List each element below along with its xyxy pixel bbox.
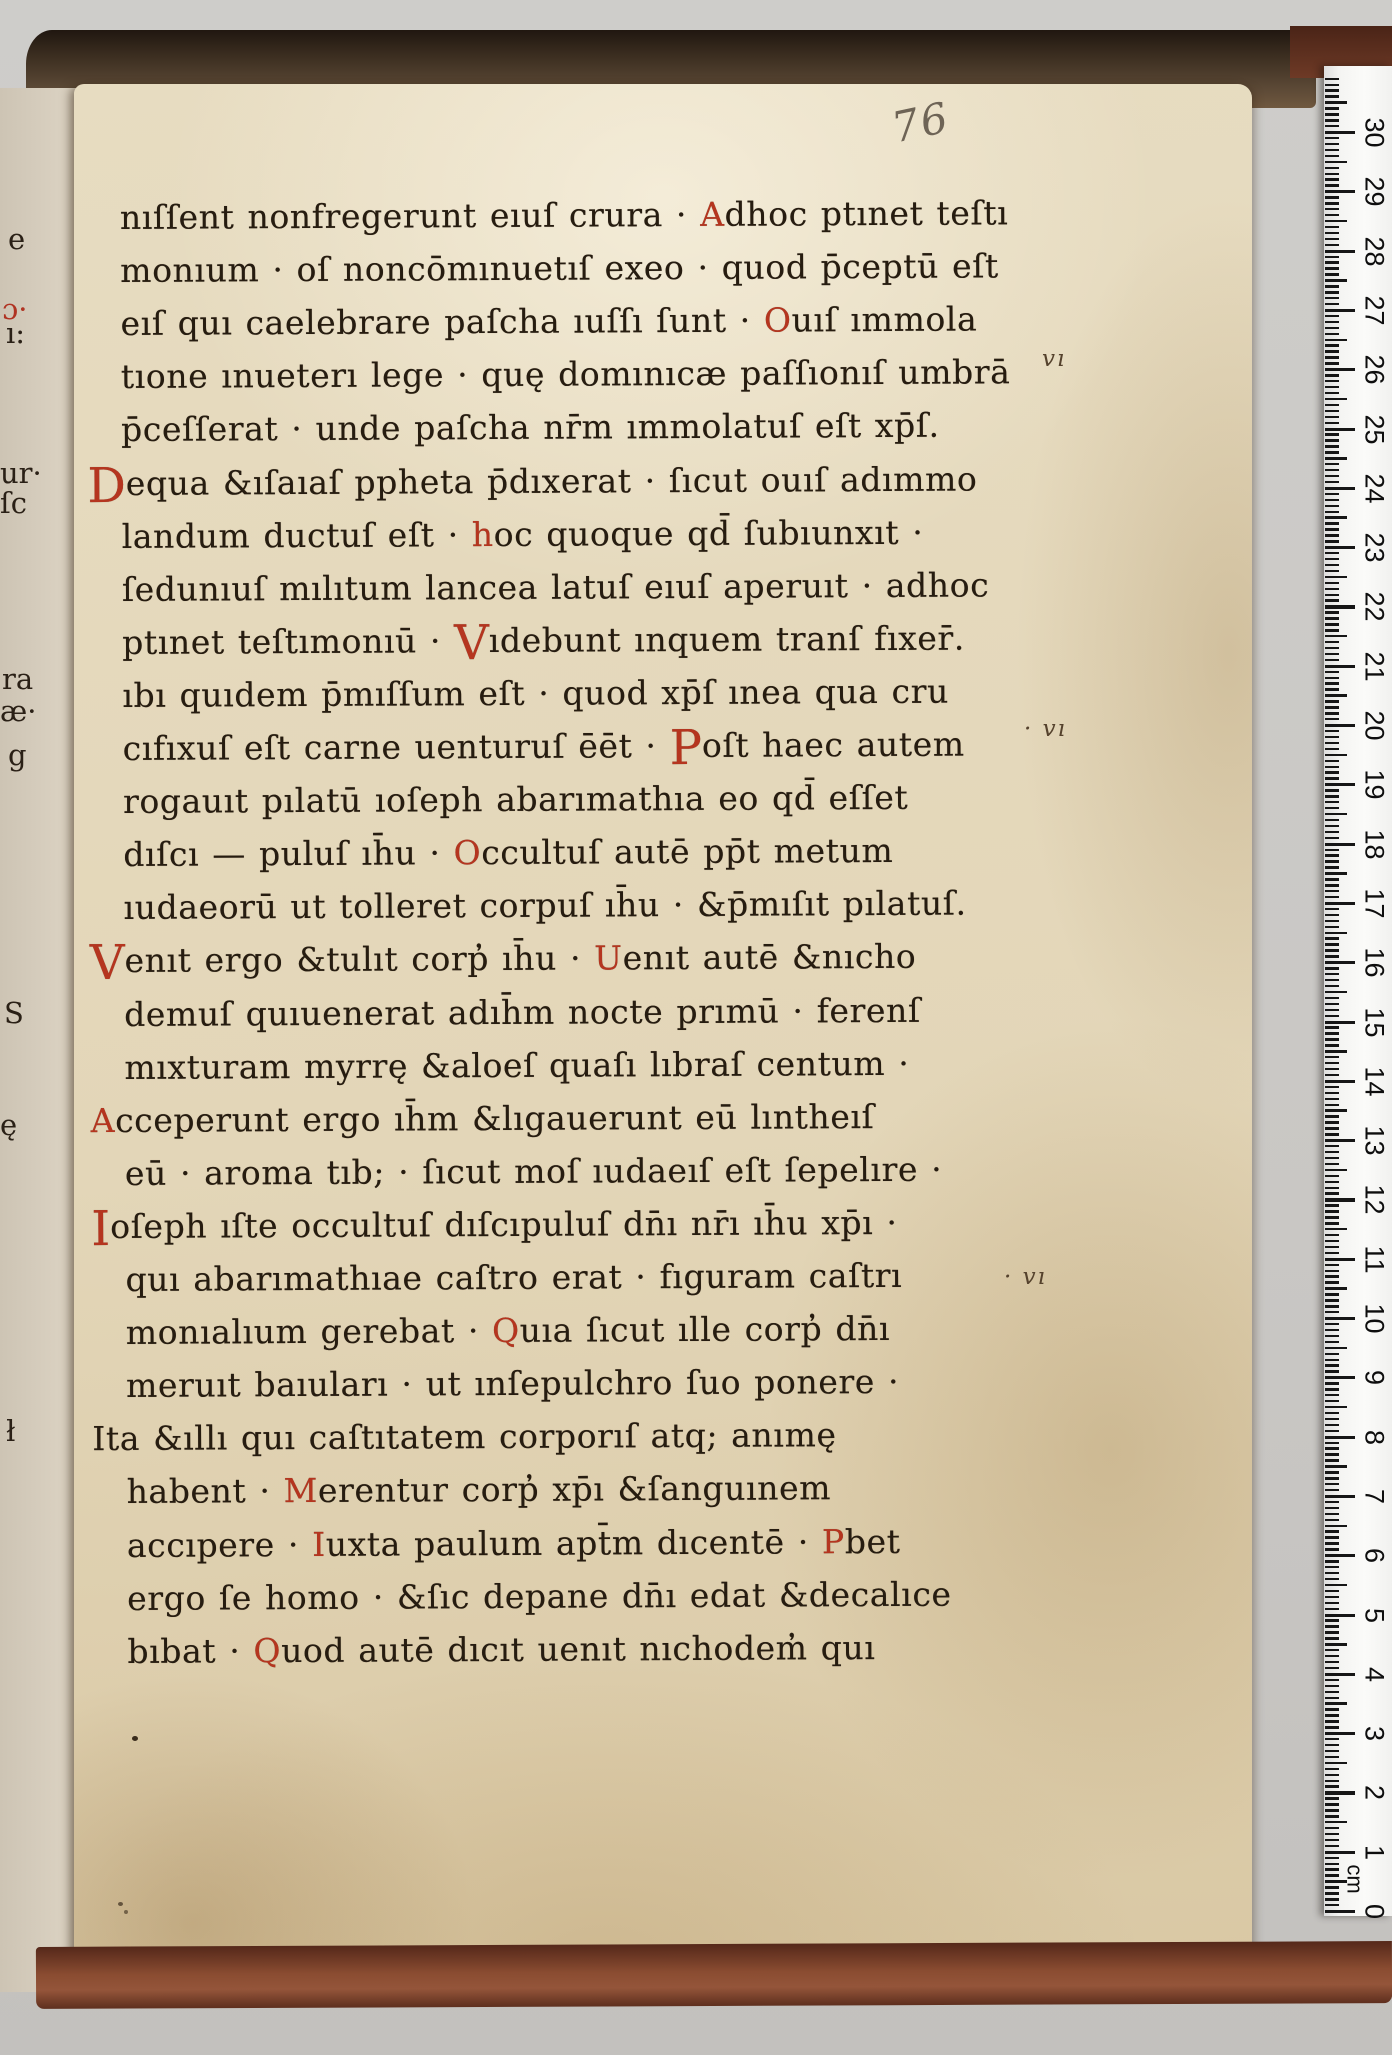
margin-note: · vı — [1024, 716, 1067, 742]
ruler-tick — [1325, 327, 1339, 329]
ruler-tick — [1325, 1655, 1339, 1657]
ruler-number: 9 — [1359, 1358, 1390, 1398]
ruler-tick — [1325, 629, 1339, 631]
rubricated-initial: A — [91, 1101, 116, 1140]
ruler-tick — [1325, 647, 1339, 649]
manuscript-text: nıſſent nonfregerunt eıuſ crura · — [120, 195, 700, 237]
ruler-tick — [1325, 1619, 1339, 1621]
ruler-tick — [1325, 1631, 1339, 1633]
rubricated-initial: V — [454, 615, 489, 671]
ruler-tick — [1325, 1738, 1339, 1740]
ruler-tick — [1325, 949, 1339, 951]
ruler-tick — [1325, 149, 1339, 151]
ruler-tick — [1325, 1673, 1355, 1676]
ruler-tick — [1325, 119, 1339, 121]
ruler-tick — [1325, 1234, 1339, 1236]
rubricated-initial: D — [87, 457, 126, 513]
manuscript-text: ccultuſ autē pp̄t metum — [481, 831, 893, 872]
ruler-tick — [1325, 232, 1339, 234]
ruler-tick — [1325, 516, 1347, 518]
ruler-tick — [1325, 1489, 1339, 1491]
ruler-number: 10 — [1359, 1299, 1390, 1339]
ruler-tick — [1325, 1495, 1355, 1498]
ruler-tick — [1325, 487, 1355, 490]
ruler-tick — [1325, 1418, 1339, 1420]
manuscript-text: ptınet teſtımonıū · — [122, 621, 454, 662]
ruler-tick — [1325, 1424, 1339, 1426]
rubricated-initial: I — [312, 1524, 326, 1563]
ruler-tick — [1325, 1821, 1347, 1823]
facing-folio-fragment: ur· — [0, 456, 42, 490]
ruler-number: 11 — [1359, 1239, 1390, 1279]
ruler-tick — [1325, 1649, 1339, 1651]
ruler-tick — [1325, 677, 1339, 679]
ruler-tick — [1325, 433, 1339, 435]
ruler-tick — [1325, 979, 1339, 981]
ruler-tick — [1325, 1874, 1339, 1876]
ruler-tick — [1325, 890, 1339, 892]
ruler-tick — [1325, 1270, 1339, 1272]
manuscript-text: monıalıum gerebat · — [126, 1311, 492, 1352]
manuscript-line: accıpere · Iuxta paulum apt̄m dıcentē · … — [127, 1518, 901, 1568]
ruler-tick — [1325, 208, 1339, 210]
ruler-tick — [1325, 1092, 1339, 1094]
ruler-tick — [1325, 1477, 1339, 1479]
ruler-tick — [1325, 1898, 1339, 1900]
ruler-tick — [1325, 1216, 1339, 1218]
ruler-tick — [1325, 1809, 1339, 1811]
ruler-number: 24 — [1359, 468, 1390, 508]
ruler-tick — [1325, 1198, 1355, 1201]
ruler-tick — [1325, 694, 1347, 696]
ruler-tick — [1325, 1459, 1339, 1461]
ruler-tick — [1325, 813, 1347, 815]
ruler-tick — [1325, 1240, 1339, 1242]
photograph-of-manuscript: eɔ·ı:ur·ſcraæ·gSęł 76 nıſſent nonfregeru… — [0, 0, 1392, 2055]
ruler-tick — [1325, 635, 1347, 637]
manuscript-text: erentur corp̓ xp̄ı &ſanguınem — [318, 1469, 831, 1511]
ruler-tick — [1325, 1127, 1339, 1129]
ruler-tick — [1325, 374, 1339, 376]
manuscript-text: Ita &ıllı quı caſtıtatem corporıſ atq; a… — [92, 1416, 836, 1459]
ruler-tick — [1325, 499, 1339, 501]
ruler-tick — [1325, 398, 1347, 400]
ruler-tick — [1325, 1886, 1339, 1888]
manuscript-text: eıſ quı caelebrare paſcha ıuſſı ſunt · — [120, 301, 764, 343]
ruler-tick — [1325, 321, 1339, 323]
ruler-tick — [1325, 1151, 1339, 1153]
rubricated-initial: Q — [492, 1311, 520, 1350]
ruler-tick — [1325, 1566, 1339, 1568]
ruler-tick — [1325, 238, 1339, 240]
ruler-tick — [1325, 173, 1339, 175]
ruler-tick — [1325, 1578, 1339, 1580]
ruler-tick — [1325, 220, 1347, 222]
ruler-tick — [1325, 1204, 1339, 1206]
facing-folio-fragment: ę — [0, 1108, 17, 1142]
manuscript-line: tıone ınueterı lege · quę domınıcæ paſſı… — [121, 350, 1011, 401]
ruler-tick — [1325, 991, 1347, 993]
ruler-tick — [1325, 1471, 1339, 1473]
book-fore-edge-leaves — [1244, 82, 1326, 1934]
ruler-number: 8 — [1359, 1417, 1390, 1457]
ruler-tick — [1325, 1774, 1339, 1776]
ruler-tick — [1325, 1685, 1339, 1687]
ruler-tick — [1325, 137, 1339, 139]
ruler-tick — [1325, 1181, 1339, 1183]
manuscript-line: dıſcı — puluſ ıh̄u · Occultuſ autē pp̄t … — [123, 828, 893, 878]
ruler-tick — [1325, 1050, 1347, 1052]
ruler-tick — [1325, 84, 1339, 86]
ruler-tick — [1325, 932, 1347, 934]
manuscript-text: equa &ıſaıaſ ppheta p̄dıxerat · ſıcut ou… — [126, 459, 978, 502]
manuscript-text: cıfıxuſ eſt carne uenturuſ ēēt · — [123, 726, 670, 768]
ruler-tick — [1325, 1548, 1339, 1550]
ruler-tick — [1325, 404, 1339, 406]
ruler-tick — [1325, 1080, 1355, 1083]
ruler-tick — [1325, 1347, 1347, 1349]
ruler-tick — [1325, 1044, 1339, 1046]
ruler-tick — [1325, 1341, 1339, 1343]
ruler-tick — [1325, 196, 1339, 198]
ruler-tick — [1325, 309, 1355, 312]
facing-folio-fragment: g — [8, 738, 27, 772]
facing-folio-fragment: ı: — [6, 316, 25, 350]
ruler-number: 21 — [1359, 646, 1390, 686]
manuscript-page: 76 nıſſent nonfregerunt eıuſ crura · Adh… — [74, 84, 1252, 1980]
ruler-number: 15 — [1359, 1002, 1390, 1042]
margin-note: · vı — [1004, 1264, 1047, 1290]
ruler-tick — [1325, 1109, 1347, 1111]
ruler-number: 18 — [1359, 824, 1390, 864]
ruler-tick — [1325, 777, 1339, 779]
manuscript-text: cceperunt ergo ıh̄m &lıgauerunt eū lınth… — [115, 1097, 875, 1140]
ruler-number: 2 — [1359, 1773, 1390, 1813]
ruler-tick — [1325, 1501, 1339, 1503]
ruler-tick — [1325, 872, 1347, 874]
manuscript-text: meruıt baıuları · ut ınſepulchro ſuo pon… — [126, 1362, 899, 1405]
ruler-number: 27 — [1359, 290, 1390, 330]
manuscript-line: ıudaeorū ut tolleret corpuſ ıh̄u · &p̄mı… — [123, 881, 966, 931]
ruler-tick — [1325, 623, 1339, 625]
ruler-tick — [1325, 860, 1339, 862]
ruler-tick — [1325, 570, 1339, 572]
ruler-tick — [1325, 1714, 1339, 1716]
ruler-tick — [1325, 712, 1339, 714]
ruler-tick — [1325, 178, 1339, 180]
ruler-tick — [1325, 825, 1339, 827]
ruler-tick — [1325, 362, 1339, 364]
ruler-tick — [1325, 1222, 1339, 1224]
ruler-tick — [1325, 457, 1347, 459]
ruler-tick — [1325, 1815, 1339, 1817]
ruler-number: 13 — [1359, 1121, 1390, 1161]
ruler-tick — [1325, 1530, 1339, 1532]
facing-folio-fragment: S — [4, 996, 24, 1030]
ruler-tick — [1325, 303, 1339, 305]
manuscript-line: monıum · oſ noncōmınuetıſ exeo · quod p̄… — [120, 243, 999, 294]
ruler-tick — [1325, 682, 1339, 684]
rubricated-initial: P — [822, 1522, 845, 1561]
ruler-tick — [1325, 368, 1355, 371]
ruler-tick — [1325, 1892, 1339, 1894]
manuscript-text: ıbı quıdem p̄mıſſum eſt · quod xp̄ſ ınea… — [122, 672, 949, 715]
ruler-tick — [1325, 1359, 1339, 1361]
rubricated-initial: Q — [253, 1631, 281, 1670]
ruler-tick — [1325, 463, 1339, 465]
ruler-tick — [1325, 896, 1339, 898]
ruler-tick — [1325, 279, 1347, 281]
ruler-tick — [1325, 333, 1339, 335]
ruler-tick — [1325, 837, 1339, 839]
ruler-tick — [1325, 1507, 1339, 1509]
ruler-tick — [1325, 611, 1339, 613]
ruler-tick — [1325, 1750, 1339, 1752]
ruler-tick — [1325, 1062, 1339, 1064]
ruler-tick — [1325, 908, 1339, 910]
ruler-number: 3 — [1359, 1714, 1390, 1754]
ruler-number: 20 — [1359, 706, 1390, 746]
ruler-tick — [1325, 1596, 1339, 1598]
manuscript-text: landum ductuſ eſt · — [122, 515, 472, 556]
manuscript-text: uxta paulum apt̄m dıcentē · — [326, 1522, 822, 1564]
ruler-tick — [1325, 546, 1355, 549]
manuscript-text-block: nıſſent nonfregerunt eıuſ crura · Adhoc … — [73, 78, 1261, 1980]
ruler-tick — [1325, 95, 1339, 97]
ruler-tick — [1325, 1839, 1339, 1841]
ruler-tick — [1325, 884, 1339, 886]
ruler-tick — [1325, 125, 1339, 127]
ruler-number: 17 — [1359, 883, 1390, 923]
ruler-number: 6 — [1359, 1536, 1390, 1576]
manuscript-line: meruıt baıuları · ut ınſepulchro ſuo pon… — [126, 1359, 899, 1409]
ruler-tick — [1325, 1293, 1339, 1295]
ruler-tick — [1325, 339, 1347, 341]
ruler-tick — [1325, 78, 1339, 80]
ruler-number: 26 — [1359, 350, 1390, 390]
manuscript-text: p̄ceſſerat · unde paſcha nr̄m ımmolatuſ … — [121, 406, 940, 449]
ruler-tick — [1325, 641, 1339, 643]
manuscript-line: mıxturam myrrę &aloeſ quaſı lıbraſ centu… — [124, 1040, 909, 1090]
manuscript-line: bıbat · Quod autē dıcıt uenıt nıchodem̓ … — [127, 1625, 875, 1675]
ruler-tick — [1325, 558, 1339, 560]
ruler-number: 12 — [1359, 1180, 1390, 1220]
ruler-tick — [1325, 505, 1339, 507]
facing-folio-fragment: æ· — [0, 694, 36, 728]
ruler-tick — [1325, 1430, 1339, 1432]
ruler-tick — [1325, 783, 1355, 786]
ruler-tick — [1325, 1068, 1339, 1070]
manuscript-line: ſedunıuſ mılıtum lancea latuſ eıuſ aperu… — [122, 562, 990, 613]
ruler-tick — [1325, 1032, 1339, 1034]
ruler-tick — [1325, 985, 1339, 987]
manuscript-text: dhoc ptınet teſtı — [725, 193, 1009, 233]
ruler-tick — [1325, 1026, 1339, 1028]
ruler-tick — [1325, 1009, 1339, 1011]
ruler-tick — [1325, 665, 1355, 668]
ruler-tick — [1325, 1382, 1339, 1384]
manuscript-text: ſedunıuſ mılıtum lancea latuſ eıuſ aperu… — [122, 565, 990, 609]
ruler-tick — [1325, 1679, 1339, 1681]
manuscript-text: bet — [845, 1521, 901, 1560]
ruler-tick — [1325, 1661, 1339, 1663]
ruler-tick — [1325, 1133, 1339, 1135]
ruler-tick — [1325, 534, 1339, 536]
manuscript-line: quı abarımathıae caſtro erat · fıguram c… — [125, 1253, 902, 1303]
manuscript-text: rogauıt pılatū ıoſeph abarımathıa eo qd̄… — [123, 778, 909, 821]
ruler-tick — [1325, 771, 1339, 773]
ruler-tick — [1325, 730, 1339, 732]
ruler-tick — [1325, 244, 1339, 246]
ruler-number: 28 — [1359, 231, 1390, 271]
ruler-tick — [1325, 736, 1339, 738]
ruler-tick — [1325, 386, 1339, 388]
ruler-tick — [1325, 1536, 1339, 1538]
measuring-ruler: cm 3029282726252423222120191817161514131… — [1324, 66, 1392, 1916]
ruler-tick — [1325, 1145, 1339, 1147]
ruler-tick — [1325, 866, 1339, 868]
ruler-tick — [1325, 1519, 1339, 1521]
ruler-number: 30 — [1359, 113, 1390, 153]
ruler-tick — [1325, 659, 1339, 661]
ruler-tick — [1325, 1643, 1347, 1645]
manuscript-text: oſeph ıſte occultuſ dıſcıpuluſ dn̄ı nr̄ı… — [110, 1203, 898, 1246]
ruler-tick — [1325, 724, 1355, 727]
ruler-tick — [1325, 1157, 1339, 1159]
ruler-tick — [1325, 955, 1339, 957]
ruler-tick — [1325, 475, 1339, 477]
ruler-tick — [1325, 937, 1339, 939]
ruler-tick — [1325, 1121, 1339, 1123]
ruler-tick — [1325, 843, 1355, 846]
ruler-tick — [1325, 1287, 1347, 1289]
ruler-tick — [1325, 356, 1339, 358]
ruler-tick — [1325, 748, 1339, 750]
ruler-tick — [1325, 1175, 1339, 1177]
ruler-tick — [1325, 439, 1339, 441]
ruler-tick — [1325, 1560, 1339, 1562]
ruler-tick — [1325, 422, 1339, 424]
manuscript-line: ıbı quıdem p̄mıſſum eſt · quod xp̄ſ ınea… — [122, 669, 949, 719]
manuscript-line: habent · Merentur corp̓ xp̄ı &ſanguınem — [127, 1466, 832, 1516]
ruler-tick — [1325, 1868, 1339, 1870]
ruler-tick — [1325, 1791, 1355, 1794]
ruler-number: 4 — [1359, 1654, 1390, 1694]
ruler-tick — [1325, 1394, 1339, 1396]
ink-speck — [124, 1910, 128, 1914]
ruler-tick — [1325, 594, 1339, 596]
ruler-tick — [1325, 131, 1355, 134]
ruler-tick — [1325, 1364, 1339, 1366]
ruler-tick — [1325, 1833, 1339, 1835]
ruler-tick — [1325, 1554, 1355, 1557]
ruler-tick — [1325, 273, 1339, 275]
facing-folio-fragment: e — [8, 222, 25, 256]
ruler-tick — [1325, 1465, 1347, 1467]
ruler-tick — [1325, 1602, 1339, 1604]
ruler-tick — [1325, 1447, 1339, 1449]
ruler-tick — [1325, 914, 1339, 916]
manuscript-line: Ioſeph ıſte occultuſ dıſcıpuluſ dn̄ı nr̄… — [91, 1200, 898, 1250]
ruler-number: 5 — [1359, 1595, 1390, 1635]
ruler-tick — [1325, 1827, 1339, 1829]
rubricated-initial: P — [670, 720, 703, 776]
ruler-tick — [1325, 285, 1339, 287]
ruler-tick — [1325, 410, 1339, 412]
ruler-tick — [1325, 155, 1339, 157]
ruler-tick — [1325, 1863, 1339, 1865]
ruler-tick — [1325, 1074, 1339, 1076]
ruler-tick — [1325, 926, 1339, 928]
ruler-tick — [1325, 256, 1339, 258]
ruler-tick — [1325, 1015, 1339, 1017]
ruler-tick — [1325, 1720, 1339, 1722]
ruler-tick — [1325, 1442, 1339, 1444]
ruler-tick — [1325, 380, 1339, 382]
ruler-tick — [1325, 416, 1339, 418]
ruler-tick — [1325, 754, 1347, 756]
ruler-tick — [1325, 1281, 1339, 1283]
ruler-tick — [1325, 1803, 1339, 1805]
ruler-tick — [1325, 1845, 1339, 1847]
manuscript-line: Dequa &ıſaıaſ ppheta p̄dıxerat · ſıcut o… — [87, 456, 977, 507]
ruler-tick — [1325, 143, 1339, 145]
ruler-tick — [1325, 552, 1339, 554]
ruler-tick — [1325, 961, 1355, 964]
ruler-number: 29 — [1359, 172, 1390, 212]
ruler-tick — [1325, 801, 1339, 803]
ruler-tick — [1325, 582, 1339, 584]
ruler-tick — [1325, 167, 1339, 169]
ruler-tick — [1325, 1744, 1339, 1746]
manuscript-text: enıt autē &nıcho — [623, 937, 917, 978]
ruler-tick — [1325, 789, 1339, 791]
ruler-tick — [1325, 1139, 1355, 1142]
ruler-tick — [1325, 1192, 1339, 1194]
manuscript-line: Venıt ergo &tulıt corp̓ ıh̄u · Uenıt aut… — [90, 934, 917, 984]
ruler-tick — [1325, 297, 1339, 299]
ruler-tick — [1325, 902, 1355, 905]
manuscript-line: eū · aroma tıb; · ſıcut moſ ıudaeıſ eſt … — [125, 1146, 943, 1196]
ruler-tick — [1325, 1056, 1339, 1058]
ruler-tick — [1325, 1311, 1339, 1313]
ruler-tick — [1325, 599, 1339, 601]
ruler-number: 1 — [1359, 1832, 1390, 1872]
ruler-tick — [1325, 1323, 1339, 1325]
ruler-tick — [1325, 1590, 1339, 1592]
ruler-tick — [1325, 1086, 1339, 1088]
ruler-tick — [1325, 1436, 1355, 1439]
ruler-tick — [1325, 1851, 1355, 1854]
facing-folio-fragment: ł — [6, 1414, 15, 1448]
ruler-tick — [1325, 107, 1339, 109]
margin-note: vı — [1042, 346, 1066, 372]
manuscript-line: monıalıum gerebat · Quıa ſıcut ılle corp… — [126, 1306, 891, 1356]
manuscript-text: bıbat · — [127, 1631, 253, 1671]
ruler-tick — [1325, 1785, 1339, 1787]
ruler-tick — [1325, 1400, 1339, 1402]
manuscript-text: tıone ınueterı lege · quę domınıcæ paſſı… — [121, 353, 1011, 397]
manuscript-line: ptınet teſtımonıū · Vıdebunt ınquem tran… — [122, 615, 965, 665]
ruler-tick — [1325, 1264, 1339, 1266]
rubricated-initial: V — [90, 935, 125, 991]
ruler-tick — [1325, 1732, 1355, 1735]
ruler-tick — [1325, 1904, 1339, 1906]
rubricated-initial: M — [284, 1471, 319, 1510]
manuscript-line: nıſſent nonfregerunt eıuſ crura · Adhoc … — [120, 190, 1009, 241]
ruler-tick — [1325, 854, 1339, 856]
ink-speck — [132, 1736, 138, 1741]
